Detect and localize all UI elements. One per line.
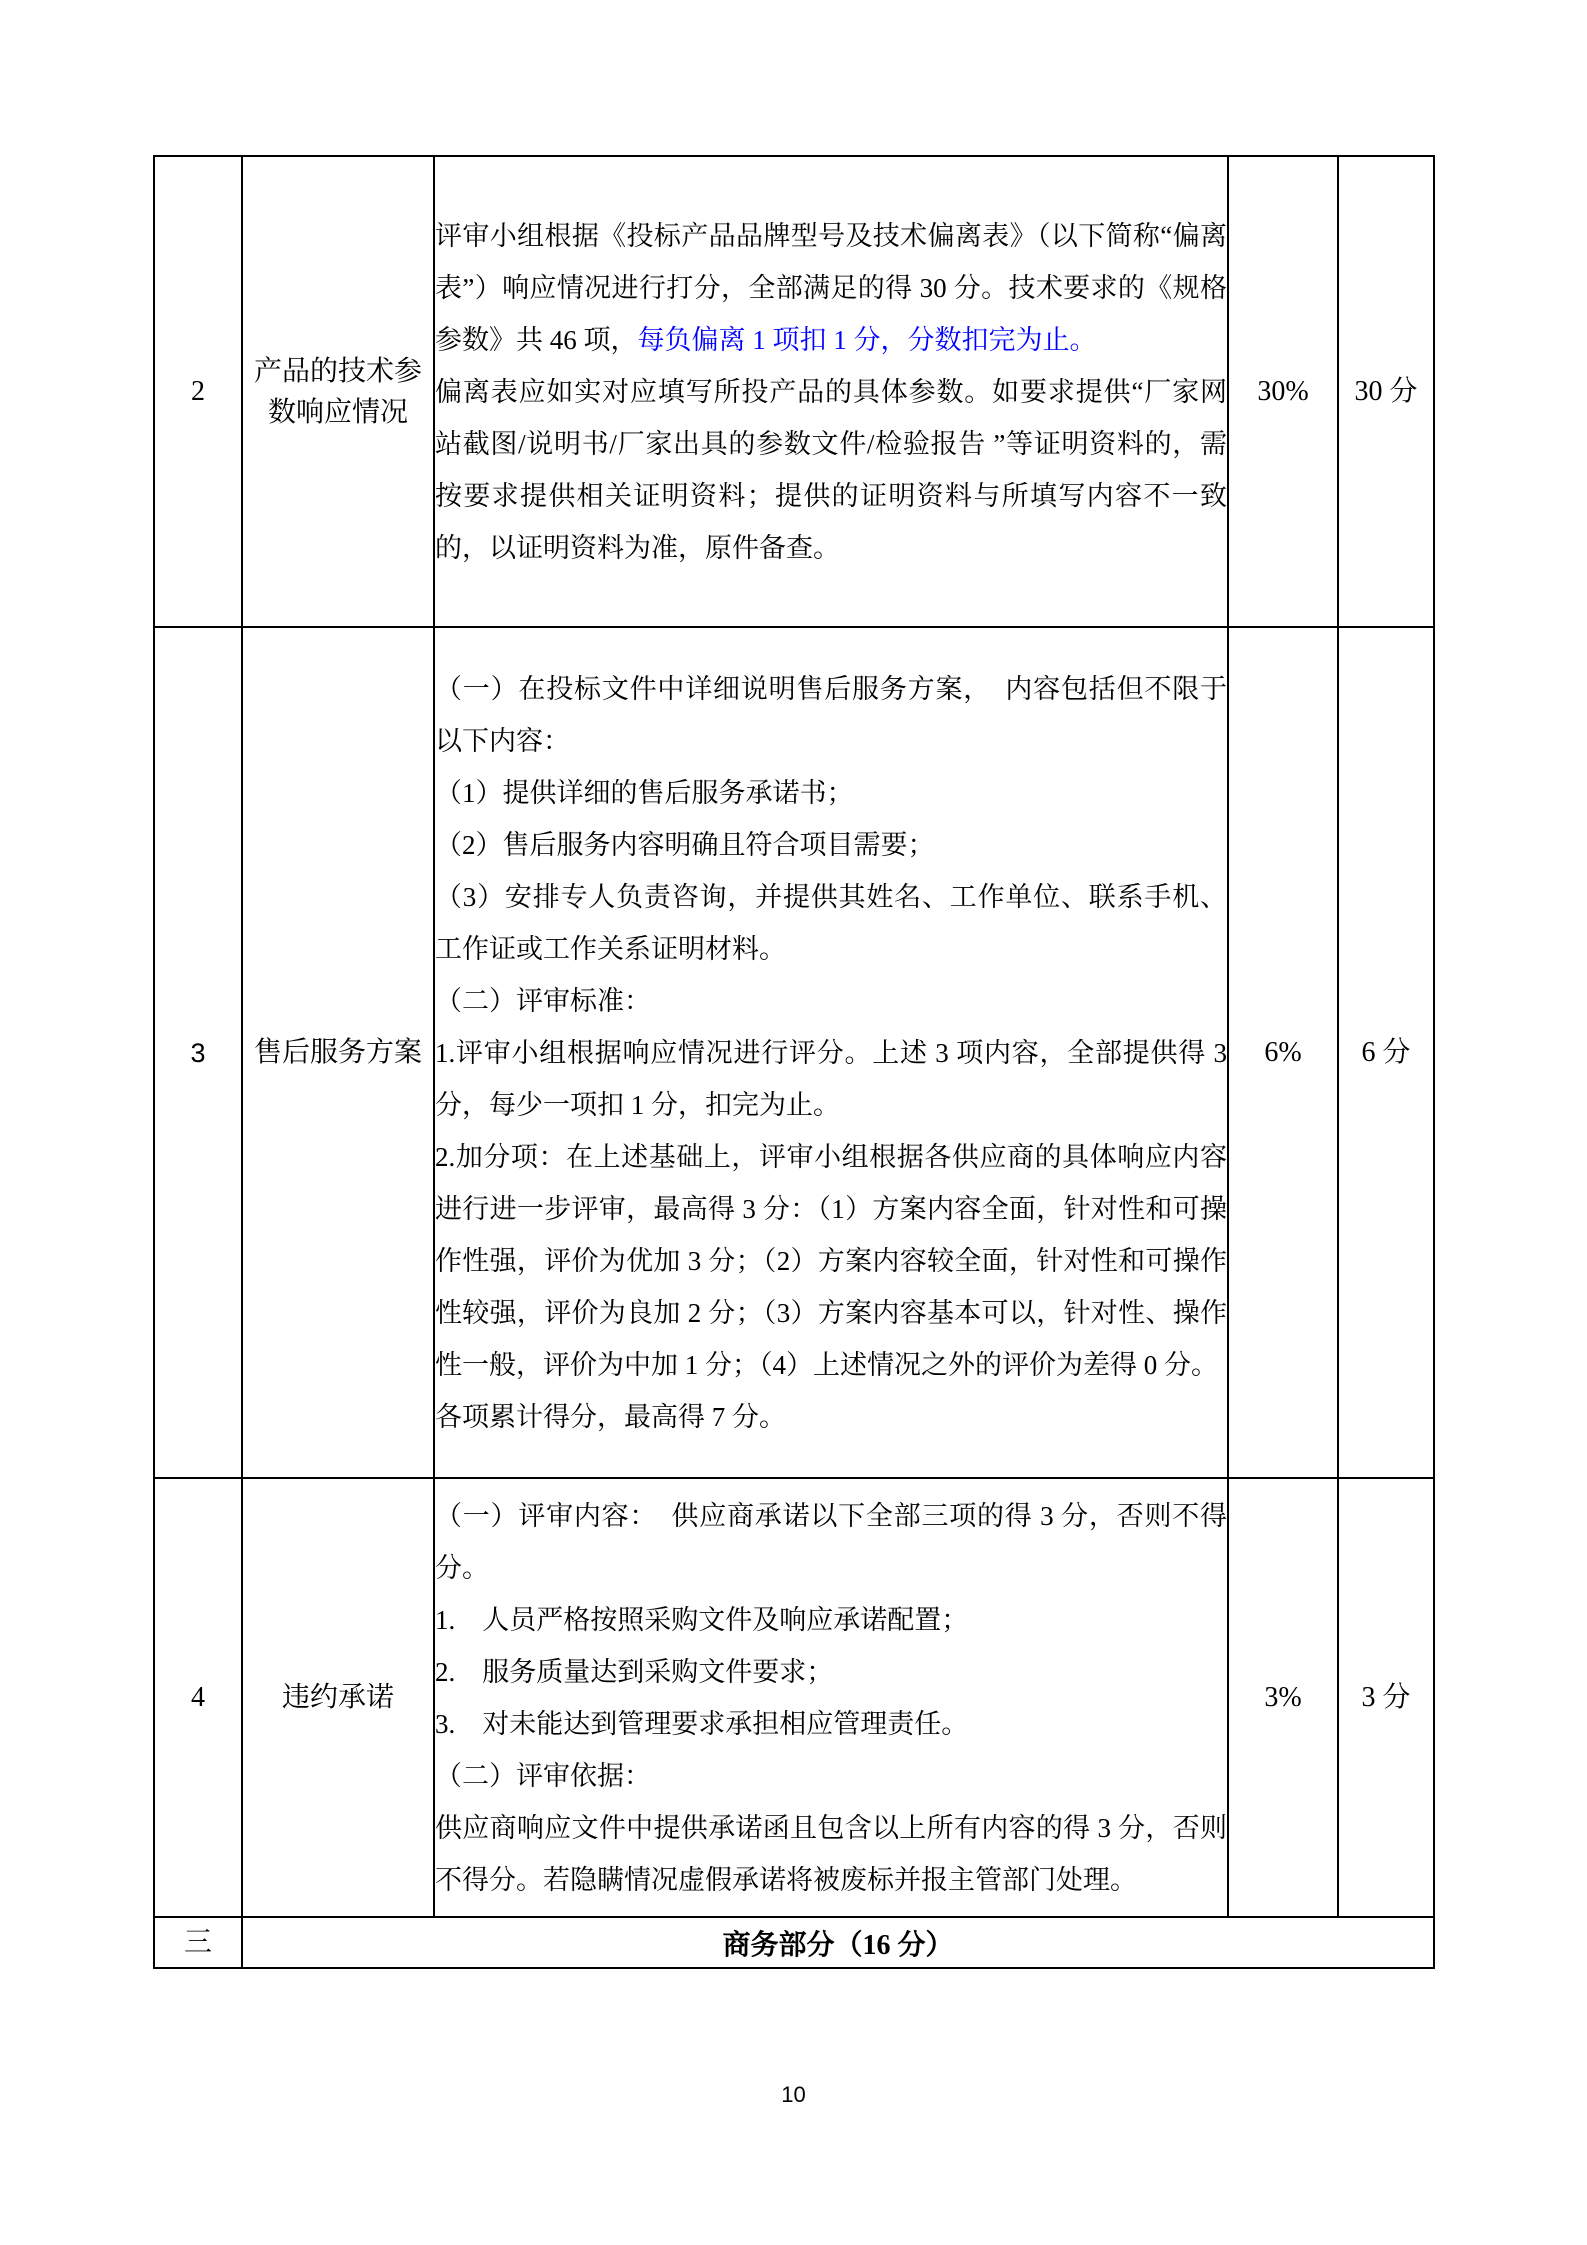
criterion-description-cell: （一）在投标文件中详细说明售后服务方案， 内容包括但不限于以下内容：（1）提供详… bbox=[434, 627, 1228, 1478]
text-run: （1）提供详细的售后服务承诺书； bbox=[435, 778, 854, 808]
weight-cell: 3% bbox=[1228, 1478, 1338, 1917]
page-number: 10 bbox=[0, 2082, 1587, 2108]
description-paragraph: （二）评审标准： bbox=[435, 975, 1227, 1027]
description-paragraph: （3）安排专人负责咨询，并提供其姓名、工作单位、联系手机、工作证或工作关系证明材… bbox=[435, 871, 1227, 975]
criterion-name-cell: 售后服务方案 bbox=[242, 627, 434, 1478]
criterion-description-cell: 评审小组根据《投标产品品牌型号及技术偏离表》（以下简称“偏离表”）响应情况进行打… bbox=[434, 156, 1228, 627]
criteria-rows: 2产品的技术参数响应情况评审小组根据《投标产品品牌型号及技术偏离表》（以下简称“… bbox=[154, 156, 1434, 1968]
description-paragraph: （二）评审依据： bbox=[435, 1750, 1227, 1802]
score-cell: 6 分 bbox=[1338, 627, 1434, 1478]
text-run: 1.评审小组根据响应情况进行评分。上述 3 项内容，全部提供得 3 分，每少一项… bbox=[435, 1038, 1227, 1120]
description-paragraph: 3. 对未能达到管理要求承担相应管理责任。 bbox=[435, 1698, 1227, 1750]
description-paragraph: （一）评审内容： 供应商承诺以下全部三项的得 3 分，否则不得分。 bbox=[435, 1490, 1227, 1594]
text-run: 2.加分项：在上述基础上，评审小组根据各供应商的具体响应内容进行进一步评审，最高… bbox=[435, 1142, 1227, 1380]
description-paragraph: 评审小组根据《投标产品品牌型号及技术偏离表》（以下简称“偏离表”）响应情况进行打… bbox=[435, 210, 1227, 366]
description-paragraph: 偏离表应如实对应填写所投产品的具体参数。如要求提供“厂家网站截图/说明书/厂家出… bbox=[435, 366, 1227, 574]
row-number-cell: 三 bbox=[154, 1917, 242, 1968]
description-paragraph: 供应商响应文件中提供承诺函且包含以上所有内容的得 3 分，否则不得分。若隐瞒情况… bbox=[435, 1802, 1227, 1906]
text-run: （二）评审标准： bbox=[435, 986, 651, 1016]
section-title-cell: 商务部分（16 分） bbox=[242, 1917, 1434, 1968]
table-row: 3售后服务方案（一）在投标文件中详细说明售后服务方案， 内容包括但不限于以下内容… bbox=[154, 627, 1434, 1478]
description-paragraph: 1.评审小组根据响应情况进行评分。上述 3 项内容，全部提供得 3 分，每少一项… bbox=[435, 1027, 1227, 1131]
text-run: （3）安排专人负责咨询，并提供其姓名、工作单位、联系手机、工作证或工作关系证明材… bbox=[435, 882, 1227, 964]
score-cell: 30 分 bbox=[1338, 156, 1434, 627]
text-run: （一）评审内容： 供应商承诺以下全部三项的得 3 分，否则不得分。 bbox=[435, 1501, 1227, 1583]
text-run: （二）评审依据： bbox=[435, 1761, 651, 1791]
weight-cell: 30% bbox=[1228, 156, 1338, 627]
description-paragraph: 各项累计得分，最高得 7 分。 bbox=[435, 1391, 1227, 1443]
text-run: 2. 服务质量达到采购文件要求； bbox=[435, 1657, 833, 1687]
criterion-description-cell: （一）评审内容： 供应商承诺以下全部三项的得 3 分，否则不得分。1. 人员严格… bbox=[434, 1478, 1228, 1917]
table-row: 三商务部分（16 分） bbox=[154, 1917, 1434, 1968]
description-paragraph: （1）提供详细的售后服务承诺书； bbox=[435, 767, 1227, 819]
description-paragraph: 1. 人员严格按照采购文件及响应承诺配置； bbox=[435, 1594, 1227, 1646]
description-paragraph: （2）售后服务内容明确且符合项目需要； bbox=[435, 819, 1227, 871]
text-run: 供应商响应文件中提供承诺函且包含以上所有内容的得 3 分，否则不得分。若隐瞒情况… bbox=[435, 1813, 1227, 1895]
criterion-name-cell: 产品的技术参数响应情况 bbox=[242, 156, 434, 627]
text-run: 3. 对未能达到管理要求承担相应管理责任。 bbox=[435, 1709, 968, 1739]
description-paragraph: （一）在投标文件中详细说明售后服务方案， 内容包括但不限于以下内容： bbox=[435, 663, 1227, 767]
row-number-cell: 4 bbox=[154, 1478, 242, 1917]
description-paragraph: 2.加分项：在上述基础上，评审小组根据各供应商的具体响应内容进行进一步评审，最高… bbox=[435, 1131, 1227, 1391]
evaluation-criteria-table: 2产品的技术参数响应情况评审小组根据《投标产品品牌型号及技术偏离表》（以下简称“… bbox=[153, 155, 1435, 1969]
text-run: 1. 人员严格按照采购文件及响应承诺配置； bbox=[435, 1605, 968, 1635]
score-cell: 3 分 bbox=[1338, 1478, 1434, 1917]
description-paragraph: 2. 服务质量达到采购文件要求； bbox=[435, 1646, 1227, 1698]
text-run: （2）售后服务内容明确且符合项目需要； bbox=[435, 830, 935, 860]
emphasis-text-run: 每负偏离 1 项扣 1 分，分数扣完为止。 bbox=[638, 325, 1097, 355]
weight-cell: 6% bbox=[1228, 627, 1338, 1478]
text-run: 偏离表应如实对应填写所投产品的具体参数。如要求提供“厂家网站截图/说明书/厂家出… bbox=[435, 377, 1227, 563]
criterion-name-cell: 违约承诺 bbox=[242, 1478, 434, 1917]
row-number-cell: 2 bbox=[154, 156, 242, 627]
text-run: （一）在投标文件中详细说明售后服务方案， 内容包括但不限于以下内容： bbox=[435, 674, 1227, 756]
text-run: 各项累计得分，最高得 7 分。 bbox=[435, 1402, 786, 1432]
table-row: 4违约承诺（一）评审内容： 供应商承诺以下全部三项的得 3 分，否则不得分。1.… bbox=[154, 1478, 1434, 1917]
table-row: 2产品的技术参数响应情况评审小组根据《投标产品品牌型号及技术偏离表》（以下简称“… bbox=[154, 156, 1434, 627]
row-number-cell: 3 bbox=[154, 627, 242, 1478]
document-page: 2产品的技术参数响应情况评审小组根据《投标产品品牌型号及技术偏离表》（以下简称“… bbox=[0, 0, 1587, 2245]
